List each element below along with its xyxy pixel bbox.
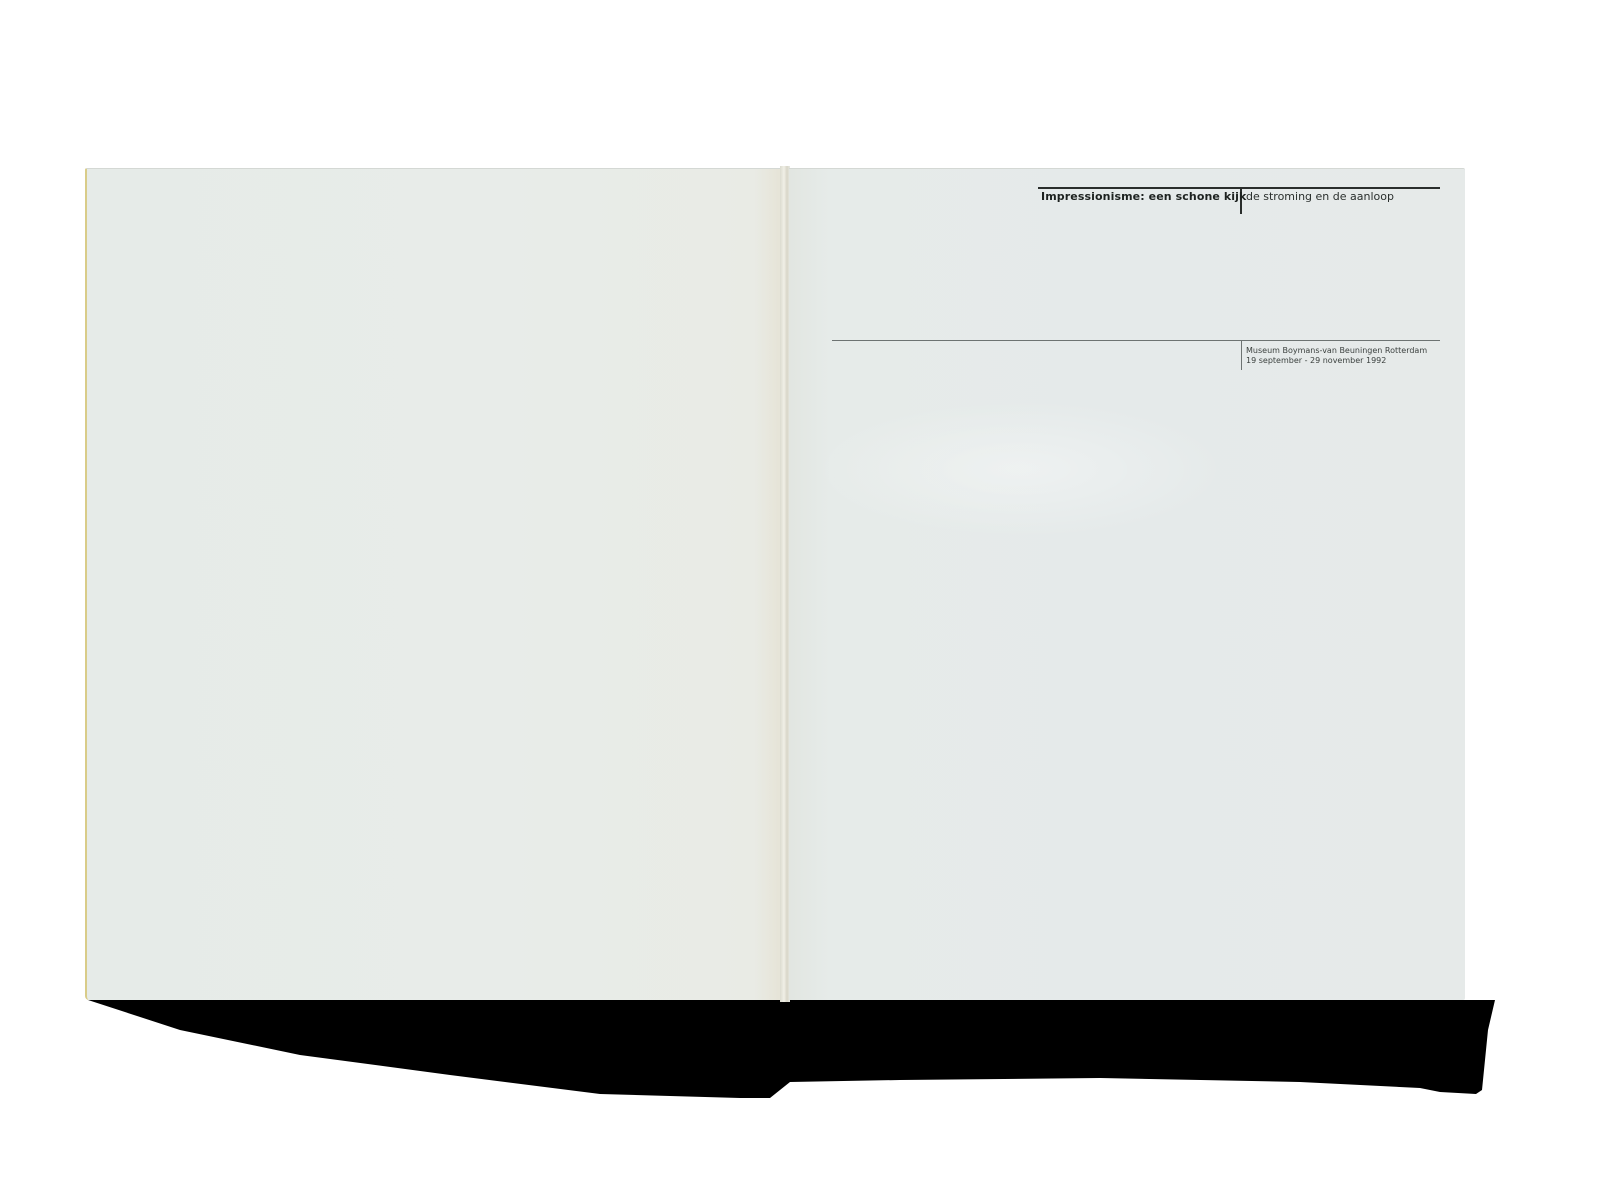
museum-name: Museum Boymans-van Beuningen Rotterdam bbox=[1246, 346, 1427, 356]
venue-rule bbox=[832, 340, 1440, 341]
catalogue-title: Impressionisme: een schone kijk bbox=[1041, 190, 1246, 203]
header-rule bbox=[1038, 187, 1440, 189]
venue-block: Museum Boymans-van Beuningen Rotterdam 1… bbox=[1246, 346, 1427, 366]
catalogue-subtitle: de stroming en de aanloop bbox=[1246, 190, 1394, 203]
venue-divider bbox=[1241, 340, 1242, 370]
left-page bbox=[85, 168, 782, 1000]
right-page bbox=[789, 168, 1465, 1000]
exhibition-dates: 19 september - 29 november 1992 bbox=[1246, 356, 1427, 366]
book-spread-photo: Impressionisme: een schone kijk de strom… bbox=[0, 0, 1600, 1200]
